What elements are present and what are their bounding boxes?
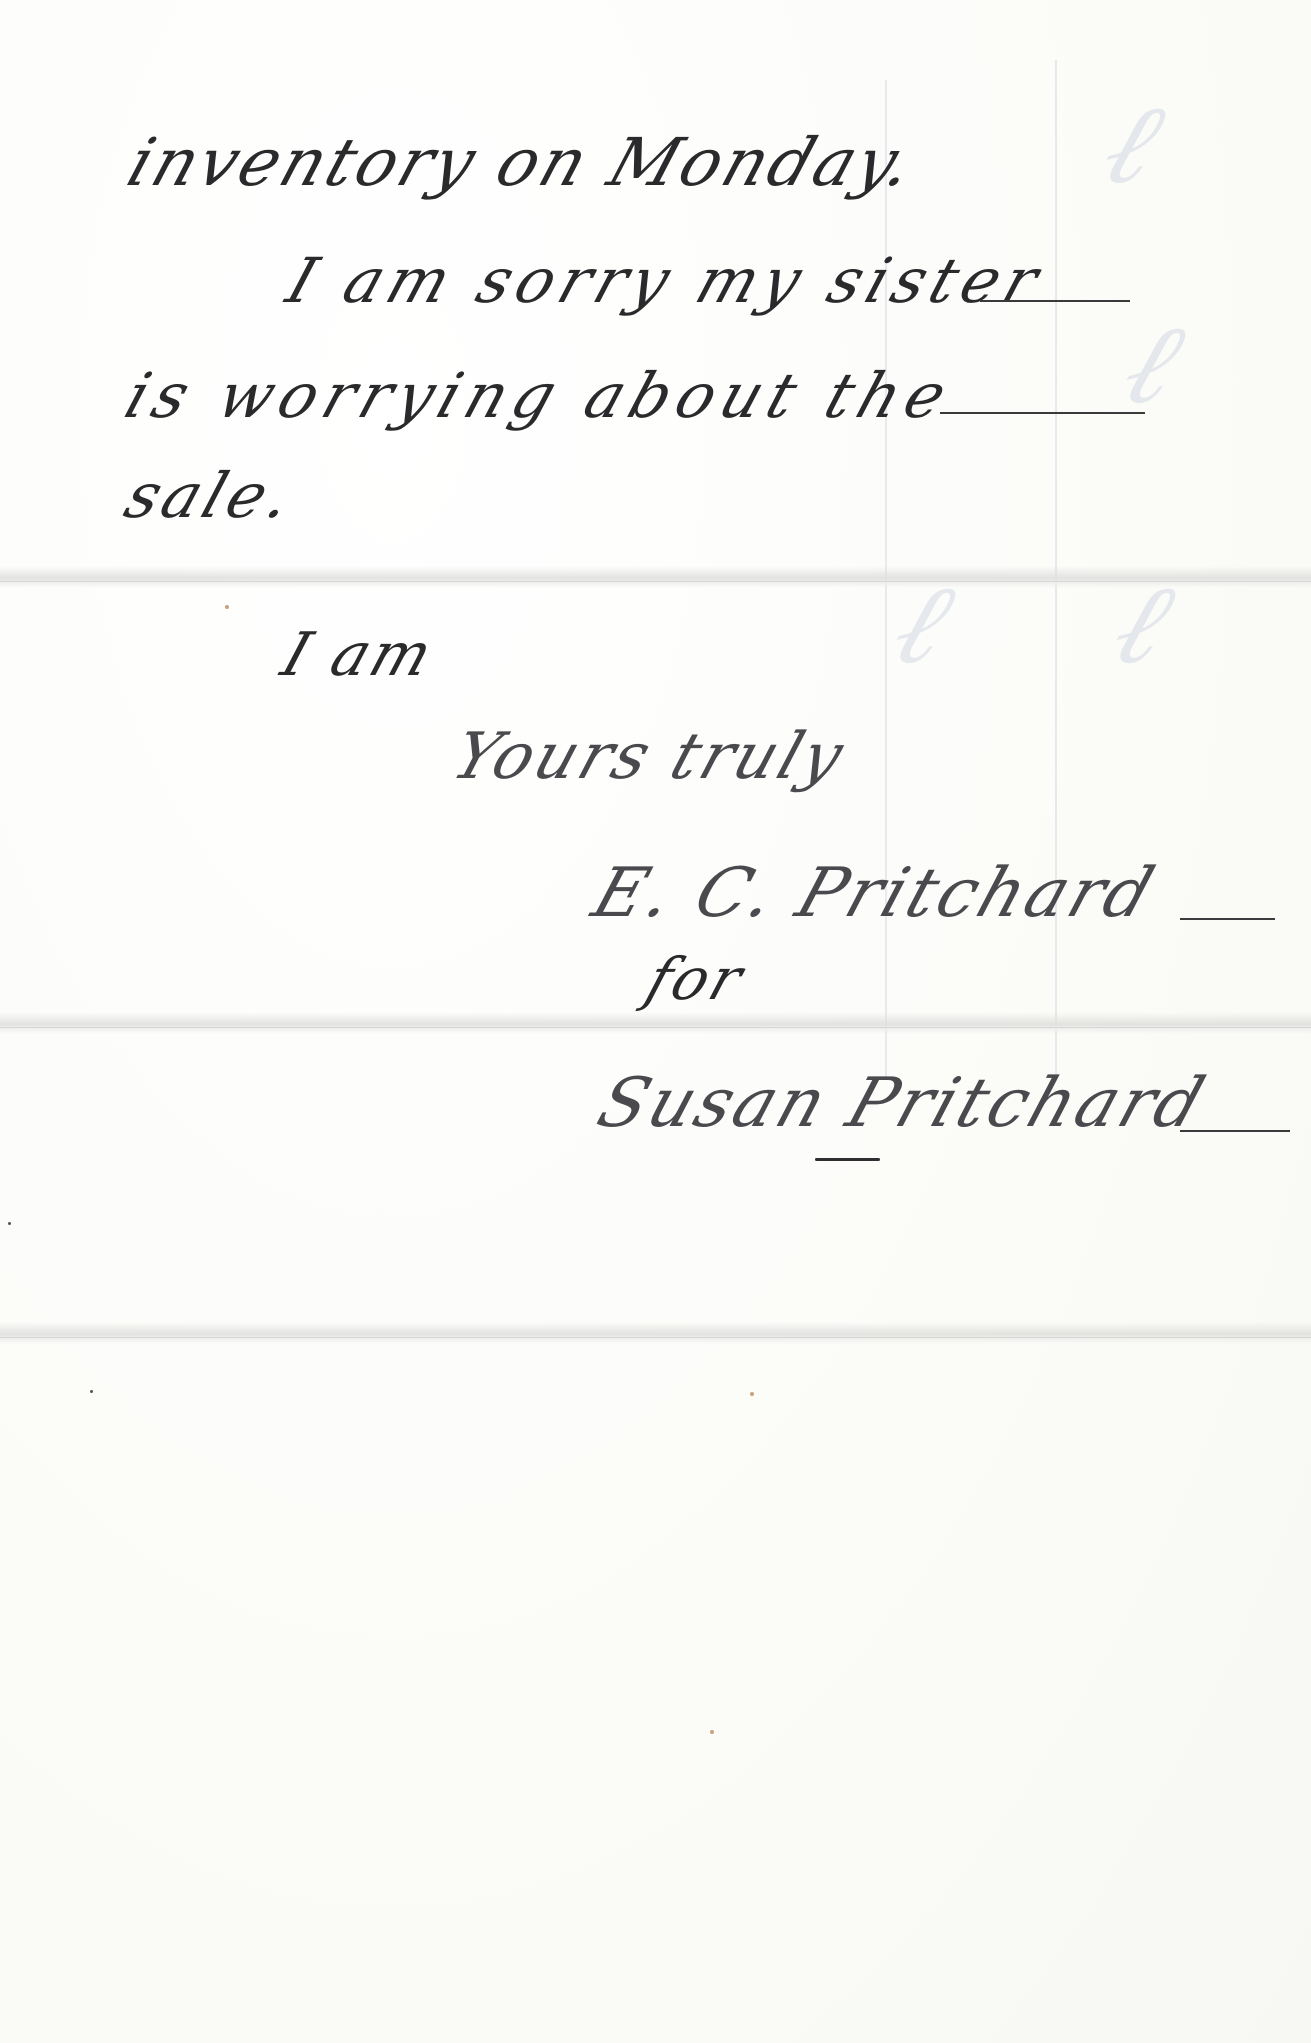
- closing-valediction: Yours truly: [445, 725, 853, 789]
- on-behalf-of-name: Susan Pritchard: [590, 1070, 1214, 1138]
- flourish-stroke: [940, 412, 1145, 414]
- body-line-4: sale.: [118, 465, 303, 527]
- fold-crease: [0, 1012, 1311, 1034]
- fold-crease: [0, 1322, 1311, 1344]
- body-line-3: is worrying about the: [118, 365, 960, 427]
- closing-salutation: I am: [275, 625, 442, 685]
- signature-dash: [815, 1158, 880, 1161]
- flourish-stroke: [980, 300, 1130, 302]
- name-underline: [1180, 1130, 1290, 1132]
- fold-crease: [0, 566, 1311, 588]
- paper-speck: [90, 1390, 93, 1393]
- paper-speck: [750, 1392, 754, 1396]
- body-line-2: I am sorry my sister: [280, 250, 1051, 312]
- signature-underline: [1180, 918, 1275, 920]
- signature-name: E. C. Pritchard: [585, 860, 1164, 928]
- paper-speck: [710, 1730, 714, 1734]
- paper-speck: [8, 1222, 11, 1225]
- closing-for: for: [640, 950, 752, 1008]
- paper-speck: [225, 605, 229, 609]
- body-line-1: inventory on Monday.: [120, 130, 924, 196]
